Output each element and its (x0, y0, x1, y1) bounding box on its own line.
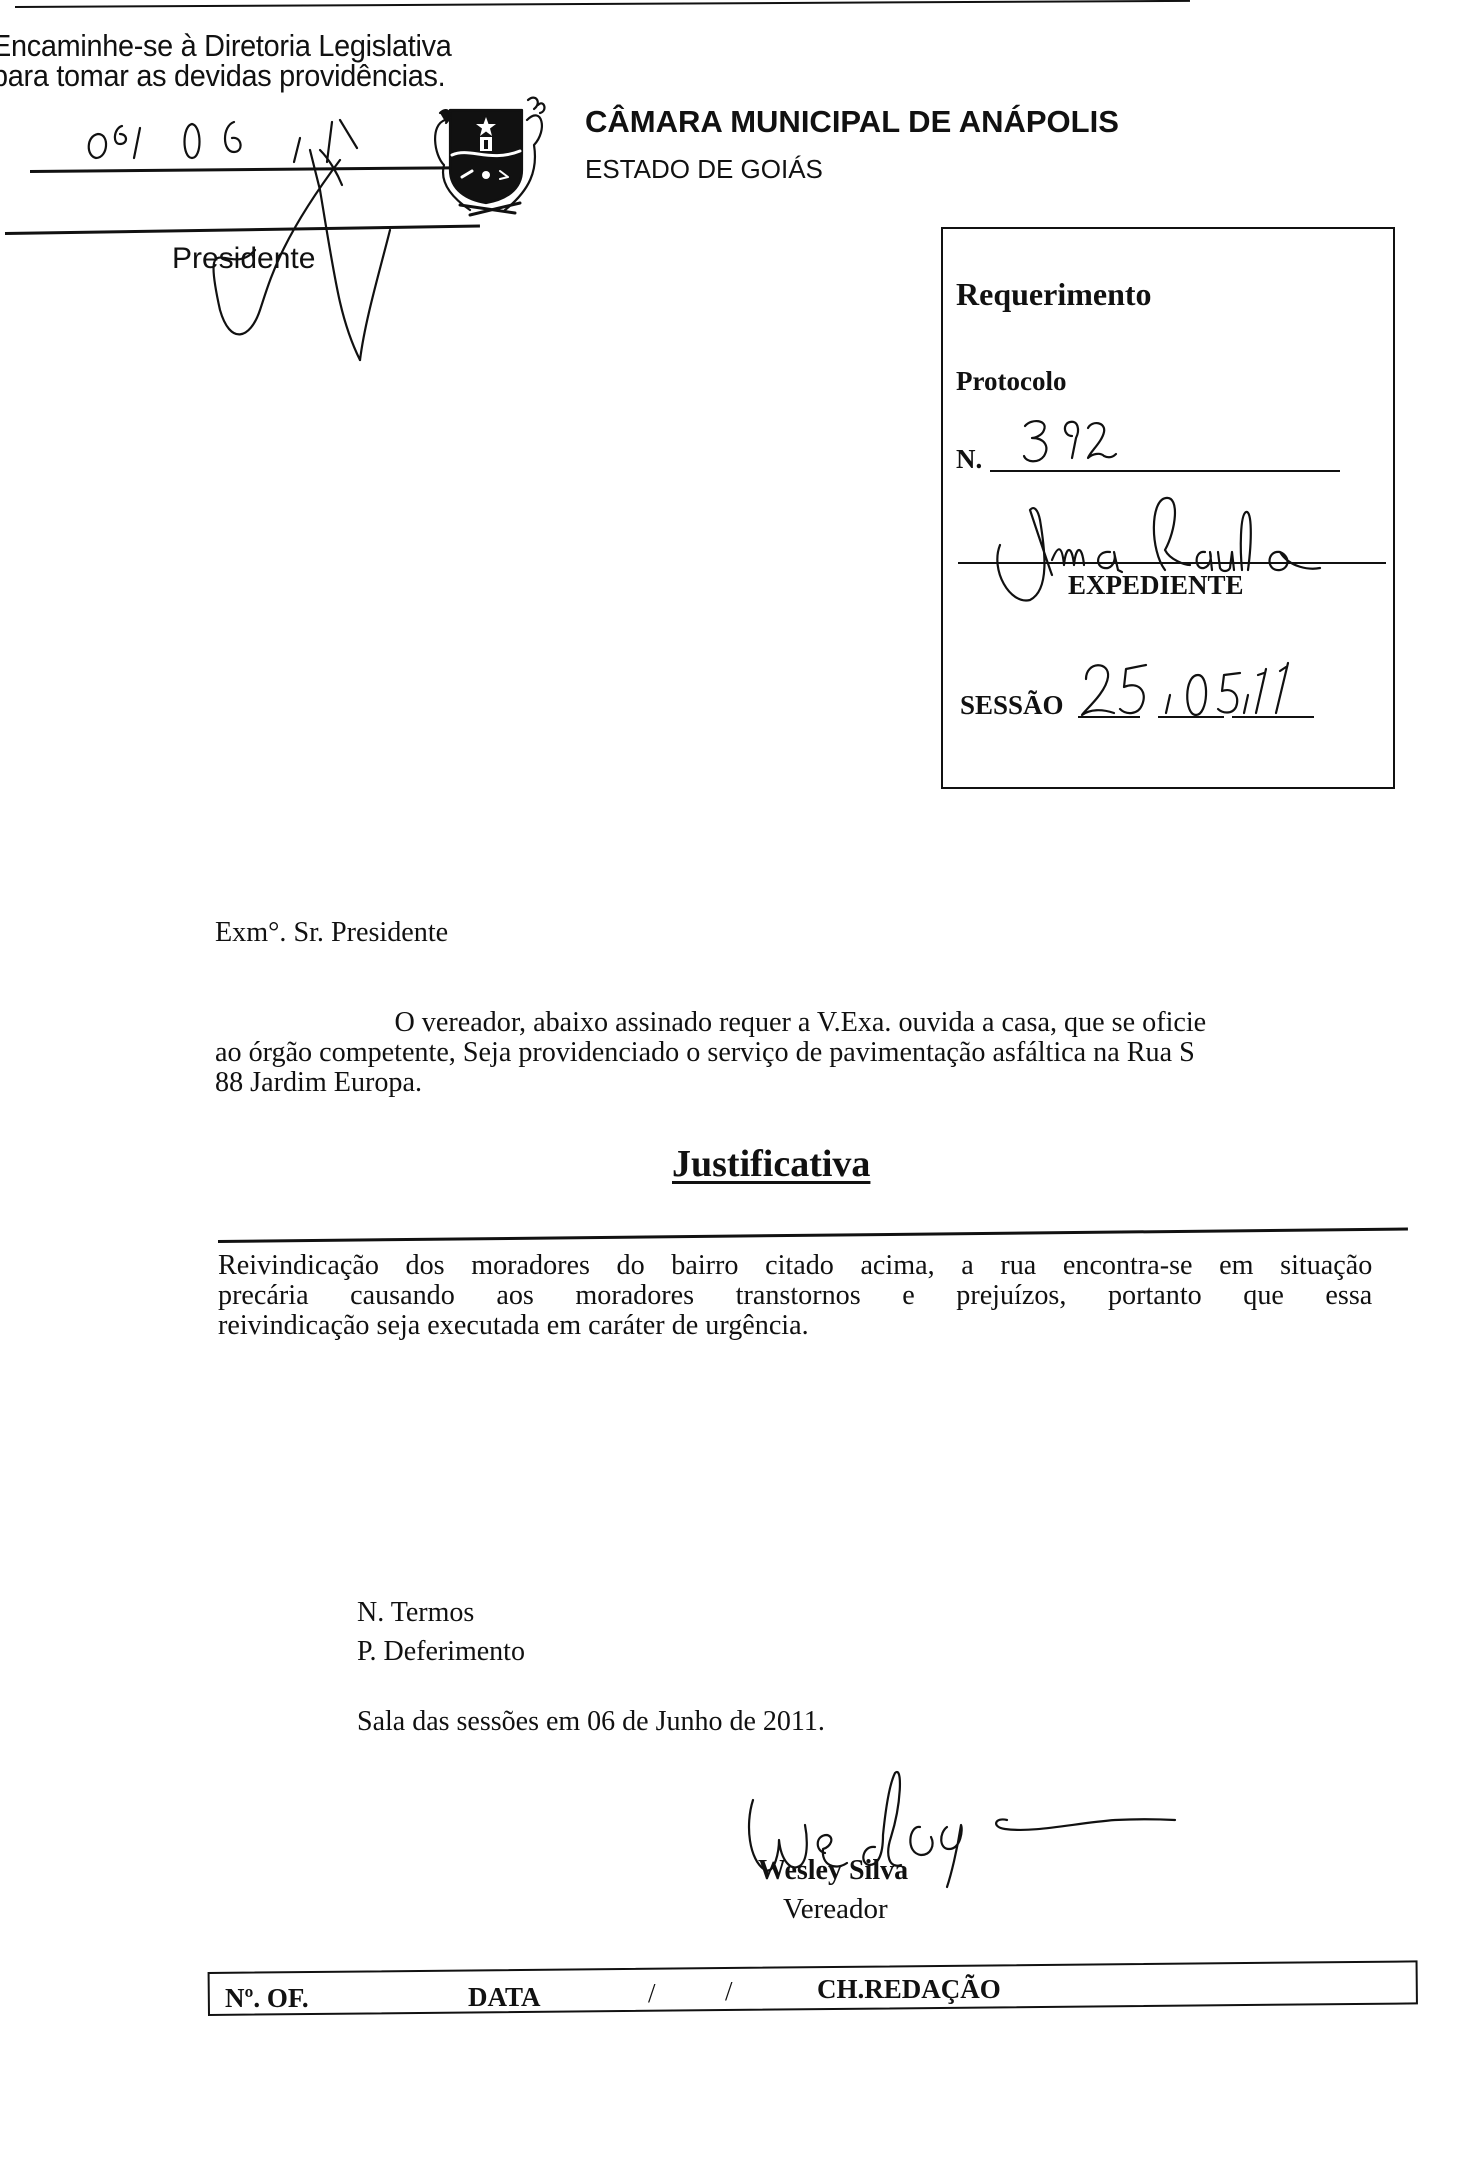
justification-line: reivindicação seja executada em caráter … (218, 1310, 1372, 1340)
protocol-number-rule (990, 470, 1340, 472)
session-day-rule (1078, 716, 1140, 718)
justification-paragraph: Reivindicação dos moradores do bairro ci… (218, 1250, 1372, 1340)
session-date-handwritten (1080, 655, 1320, 720)
protocol-number-handwritten (1020, 416, 1120, 466)
dispatch-stamp-line2: para tomar as devidas providências. (0, 58, 445, 94)
session-label: SESSÃO (960, 690, 1064, 721)
salutation: Exm°. Sr. Presidente (215, 917, 448, 947)
organization-state: ESTADO DE GOIÁS (585, 154, 823, 185)
organization-name: CÂMARA MUNICIPAL DE ANÁPOLIS (585, 104, 1119, 140)
expediente-label: EXPEDIENTE (1068, 570, 1244, 601)
routing-date-separator: / (648, 1978, 656, 2009)
place-and-date: Sala das sessões em 06 de Junho de 2011. (357, 1706, 825, 1738)
request-line: O vereador, abaixo assinado requer a V.E… (215, 1007, 1364, 1037)
signer-role: Vereador (783, 1893, 888, 1926)
request-line: 88 Jardim Europa. (215, 1067, 1364, 1097)
closing-deferment: P. Deferimento (357, 1636, 525, 1668)
justification-line: Reivindicação dos moradores do bairro ci… (218, 1250, 1372, 1280)
signer-name: Wesley Silva (758, 1855, 908, 1887)
drafting-chief-label: CH.REDAÇÃO (817, 1974, 1001, 2005)
justification-heading: Justificativa (672, 1142, 870, 1186)
request-line: ao órgão competente, Seja providenciado … (215, 1037, 1364, 1067)
closing-terms: N. Termos (357, 1597, 474, 1629)
protocol-number-label: N. (956, 444, 982, 475)
routing-date-label: DATA (468, 1982, 541, 2013)
routing-date-separator: / (725, 1976, 733, 2007)
session-year-rule (1232, 716, 1314, 718)
document-type-title: Requerimento (956, 276, 1152, 313)
expediente-rule (958, 562, 1386, 564)
session-month-rule (1158, 716, 1224, 718)
top-border-rule (15, 0, 1190, 8)
president-signature (200, 130, 460, 370)
municipal-coat-of-arms-icon (430, 85, 550, 220)
protocol-label: Protocolo (956, 366, 1066, 397)
justification-line: precária causando aos moradores transtor… (218, 1280, 1372, 1310)
routing-strip (208, 1960, 1418, 2016)
justification-rule (218, 1228, 1408, 1243)
request-paragraph: O vereador, abaixo assinado requer a V.E… (215, 1007, 1364, 1097)
office-number-label: Nº. OF. (225, 1983, 309, 2014)
